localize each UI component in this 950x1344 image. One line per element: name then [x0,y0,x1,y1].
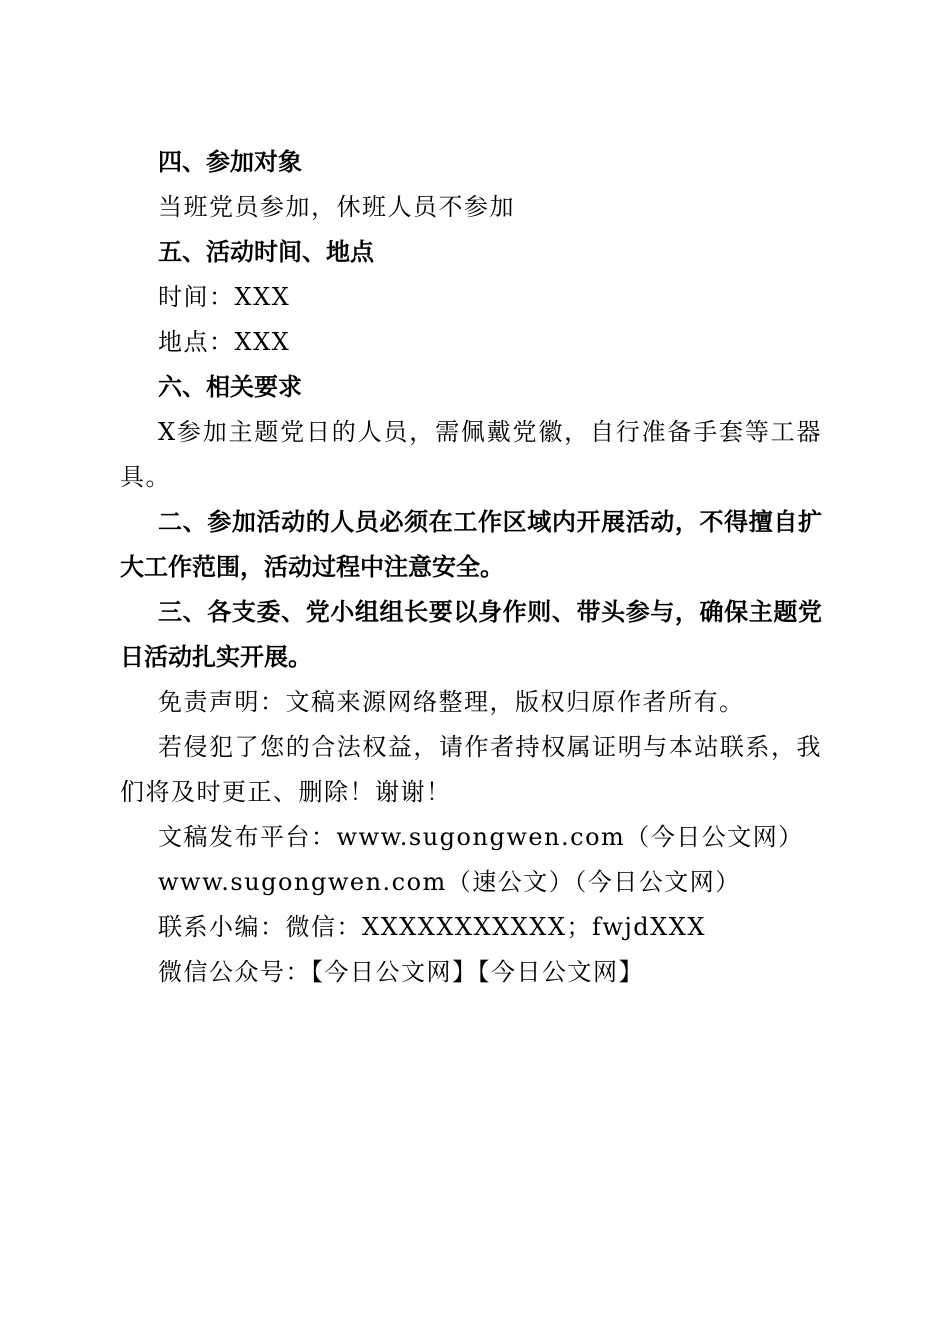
requirement-item-1: X参加主题党日的人员，需佩戴党徽，自行准备手套等工器具。 [120,410,822,500]
disclaimer-text: 免责声明：文稿来源网络整理，版权归原作者所有。 [120,680,822,725]
section-heading-time-place: 五、活动时间、地点 [120,230,822,275]
section-heading-requirements: 六、相关要求 [120,365,822,410]
time-text: 时间：XXX [120,275,822,320]
wechat-account-text: 微信公众号：【今日公文网】【今日公文网】 [120,950,822,995]
website-text: www.sugongwen.com（速公文）（今日公文网） [120,860,822,905]
document-page: 四、参加对象 当班党员参加，休班人员不参加 五、活动时间、地点 时间：XXX 地… [120,140,822,995]
requirement-item-3: 三、各支委、党小组组长要以身作则、带头参与，确保主题党日活动扎实开展。 [120,590,822,680]
requirement-item-2: 二、参加活动的人员必须在工作区域内开展活动，不得擅自扩大工作范围，活动过程中注意… [120,500,822,590]
section-heading-participants: 四、参加对象 [120,140,822,185]
place-text: 地点：XXX [120,320,822,365]
infringement-notice: 若侵犯了您的合法权益，请作者持权属证明与本站联系，我们将及时更正、删除！谢谢！ [120,725,822,815]
participants-text: 当班党员参加，休班人员不参加 [120,185,822,230]
contact-editor-text: 联系小编：微信：XXXXXXXXXXX；fwjdXXX [120,905,822,950]
publish-platform-text: 文稿发布平台：www.sugongwen.com（今日公文网） [120,815,822,860]
